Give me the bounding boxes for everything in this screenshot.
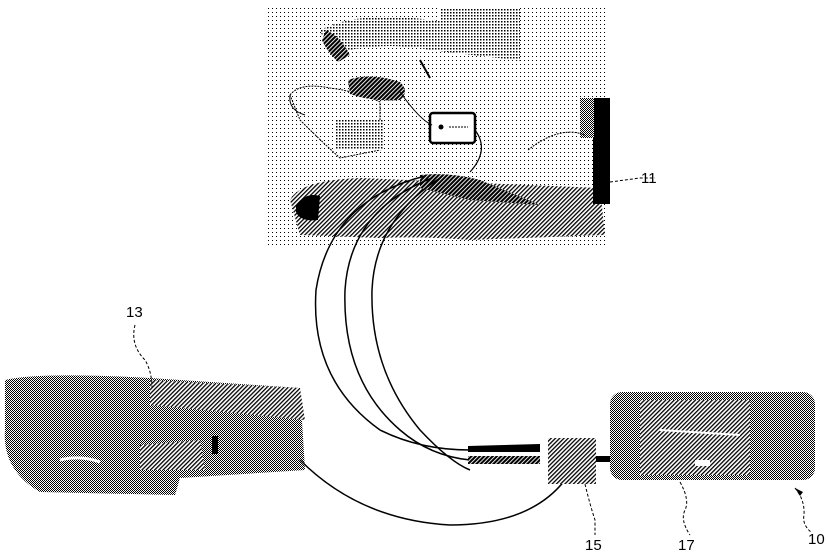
control-unit xyxy=(610,392,815,480)
label-17: 17 xyxy=(678,538,695,553)
label-11: 11 xyxy=(641,171,657,186)
label-10: 10 xyxy=(808,532,825,547)
connector xyxy=(468,438,610,484)
arrowhead-icon xyxy=(795,488,803,496)
figure-canvas xyxy=(0,0,828,558)
label-15: 15 xyxy=(585,538,602,553)
sensor-assembly-photo xyxy=(268,8,610,248)
label-13: 13 xyxy=(126,305,143,320)
